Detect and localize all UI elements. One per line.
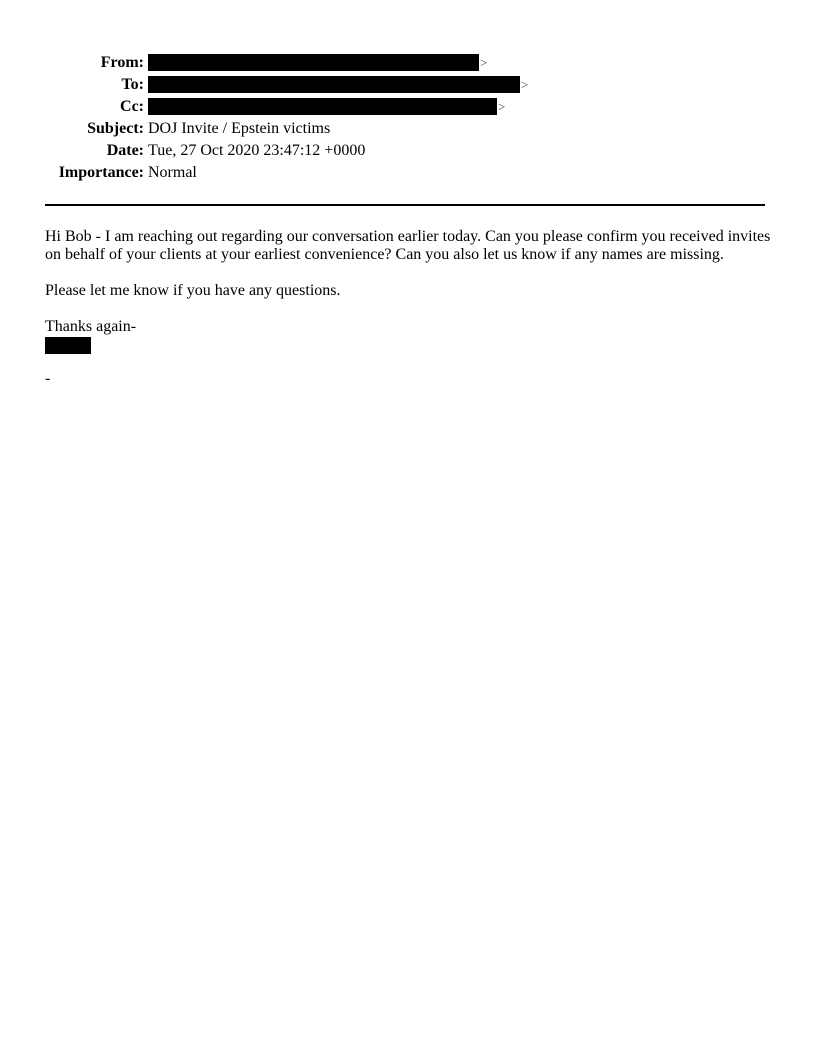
date-row: Date: Tue, 27 Oct 2020 23:47:12 +0000 xyxy=(0,140,816,162)
cc-row: Cc: > xyxy=(0,96,816,118)
body-trailer: - xyxy=(45,370,50,388)
importance-label: Importance: xyxy=(59,162,144,184)
importance-value: Normal xyxy=(148,162,197,184)
closing-line: Thanks again- xyxy=(45,318,775,354)
from-redaction xyxy=(148,54,479,71)
body-paragraph-1: Hi Bob - I am reaching out regarding our… xyxy=(45,228,775,264)
body-paragraph-2: Please let me know if you have any quest… xyxy=(45,282,775,300)
cc-angle-bracket: > xyxy=(498,96,505,118)
to-redaction xyxy=(148,76,520,93)
header-divider xyxy=(45,204,765,206)
subject-row: Subject: DOJ Invite / Epstein victims xyxy=(0,118,816,140)
to-row: To: > xyxy=(0,74,816,96)
signature-redaction xyxy=(45,337,91,354)
email-header: From: > To: > Cc: > Subject: DOJ Invite … xyxy=(0,52,816,184)
subject-value: DOJ Invite / Epstein victims xyxy=(148,118,330,140)
to-angle-bracket: > xyxy=(521,74,528,96)
date-value: Tue, 27 Oct 2020 23:47:12 +0000 xyxy=(148,140,365,162)
to-label: To: xyxy=(121,74,144,96)
from-angle-bracket: > xyxy=(480,52,487,74)
cc-redaction xyxy=(148,98,497,115)
date-label: Date: xyxy=(107,140,144,162)
subject-label: Subject: xyxy=(87,118,144,140)
cc-label: Cc: xyxy=(120,96,144,118)
from-row: From: > xyxy=(0,52,816,74)
closing-text: Thanks again- xyxy=(45,318,136,335)
from-label: From: xyxy=(101,52,144,74)
importance-row: Importance: Normal xyxy=(0,162,816,184)
email-body: Hi Bob - I am reaching out regarding our… xyxy=(45,228,775,354)
